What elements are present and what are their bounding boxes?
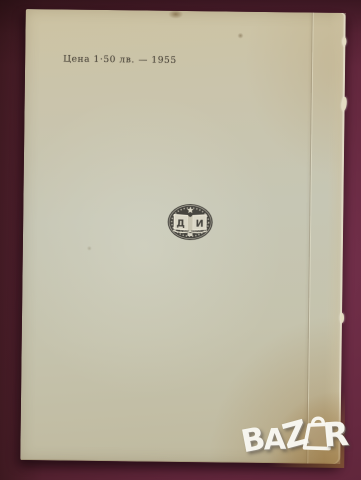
price-text: Цена 1·50 лв. — 1955 [63, 55, 177, 67]
watermark-letter: R [322, 419, 349, 451]
paper-crease [306, 13, 313, 464]
worn-right-edge [324, 13, 346, 464]
paper-stain-top [166, 11, 186, 22]
paper-stain-dot [87, 246, 92, 251]
book-back-cover: Цена 1·50 лв. — 1955 Д И [20, 9, 345, 464]
paper-stain-dot [237, 33, 243, 39]
edge-chip [341, 97, 348, 111]
photo-background: Цена 1·50 лв. — 1955 Д И [0, 0, 361, 480]
publisher-emblem: Д И НАРОДНА ПРОСВЕТА [166, 201, 215, 244]
edge-chip [342, 37, 346, 46]
edge-chip [340, 313, 344, 323]
